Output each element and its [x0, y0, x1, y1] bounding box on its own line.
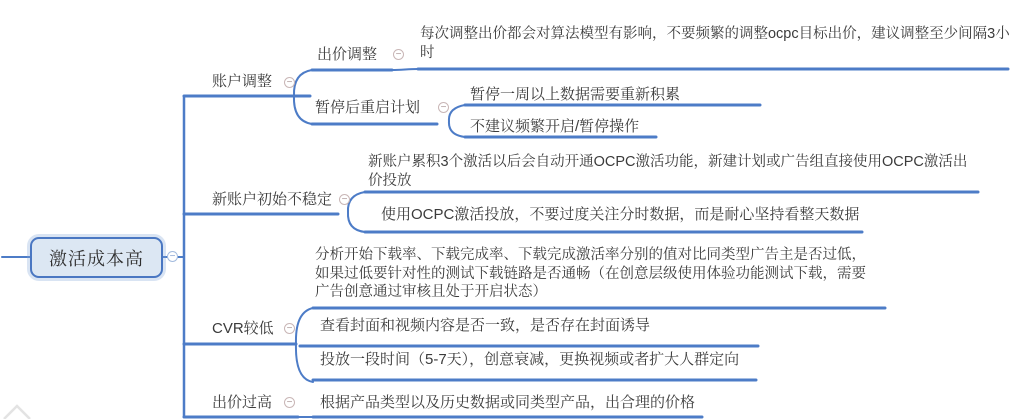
root-topic-label: 激活成本高: [49, 245, 144, 271]
topic-low-cvr[interactable]: CVR较低: [212, 320, 274, 337]
topic-bid-adjustment[interactable]: 出价调整: [317, 46, 377, 63]
collapse-button-new-account-unstable[interactable]: −: [339, 194, 350, 205]
note-avoid-frequent-toggle[interactable]: 不建议频繁开启/暂停操作: [470, 118, 639, 135]
collapse-button-account-adjustment[interactable]: −: [284, 77, 295, 88]
bracket-restart-after-pause: [449, 105, 465, 137]
note-bid-adjustment-advice[interactable]: 每次调整出价都会对算法模型有影响，不要频繁的调整ocpc目标出价，建议调整至少间…: [420, 25, 1012, 62]
note-creative-decay[interactable]: 投放一段时间（5-7天），创意衰减，更换视频或者扩大人群定向: [320, 351, 739, 368]
topic-bid-too-high[interactable]: 出价过高: [212, 394, 272, 411]
note-reasonable-price[interactable]: 根据产品类型以及历史数据或同类型产品，出合理的价格: [320, 394, 695, 411]
mindmap-canvas: 激活成本高 − − − − − − − 账户调整 新账户初始不稳定 CVR较低 …: [0, 0, 1015, 419]
collapse-button-root[interactable]: −: [167, 251, 178, 262]
collapse-button-restart-after-pause[interactable]: −: [438, 102, 449, 113]
topic-new-account-unstable[interactable]: 新账户初始不稳定: [212, 191, 332, 208]
collapse-button-low-cvr[interactable]: −: [284, 323, 295, 334]
collapse-button-bid-adjustment[interactable]: −: [393, 49, 404, 60]
note-download-funnel-analysis[interactable]: 分析开始下载率、下载完成率、下载完成激活率分别的值对比同类型广告主是否过低，如果…: [315, 246, 875, 302]
note-cover-video-consistency[interactable]: 查看封面和视频内容是否一致，是否存在封面诱导: [320, 317, 650, 334]
note-ocpc-auto-activation[interactable]: 新账户累积3个激活以后会自动开通OCPC激活功能，新建计划或广告组直接使用OCP…: [368, 153, 974, 190]
bracket-new-account: [348, 192, 365, 232]
watermark-chevron: [4, 406, 30, 419]
note-pause-week-data[interactable]: 暂停一周以上数据需要重新积累: [470, 86, 680, 103]
topic-account-adjustment[interactable]: 账户调整: [212, 73, 272, 90]
link-bid-adjustment-child: [392, 69, 418, 70]
topic-restart-after-pause[interactable]: 暂停后重启计划: [315, 99, 420, 116]
note-ocpc-daily-data[interactable]: 使用OCPC激活投放，不要过度关注分时数据，而是耐心坚持看整天数据: [381, 206, 859, 223]
collapse-button-bid-too-high[interactable]: −: [284, 397, 295, 408]
root-topic[interactable]: 激活成本高: [30, 237, 163, 278]
